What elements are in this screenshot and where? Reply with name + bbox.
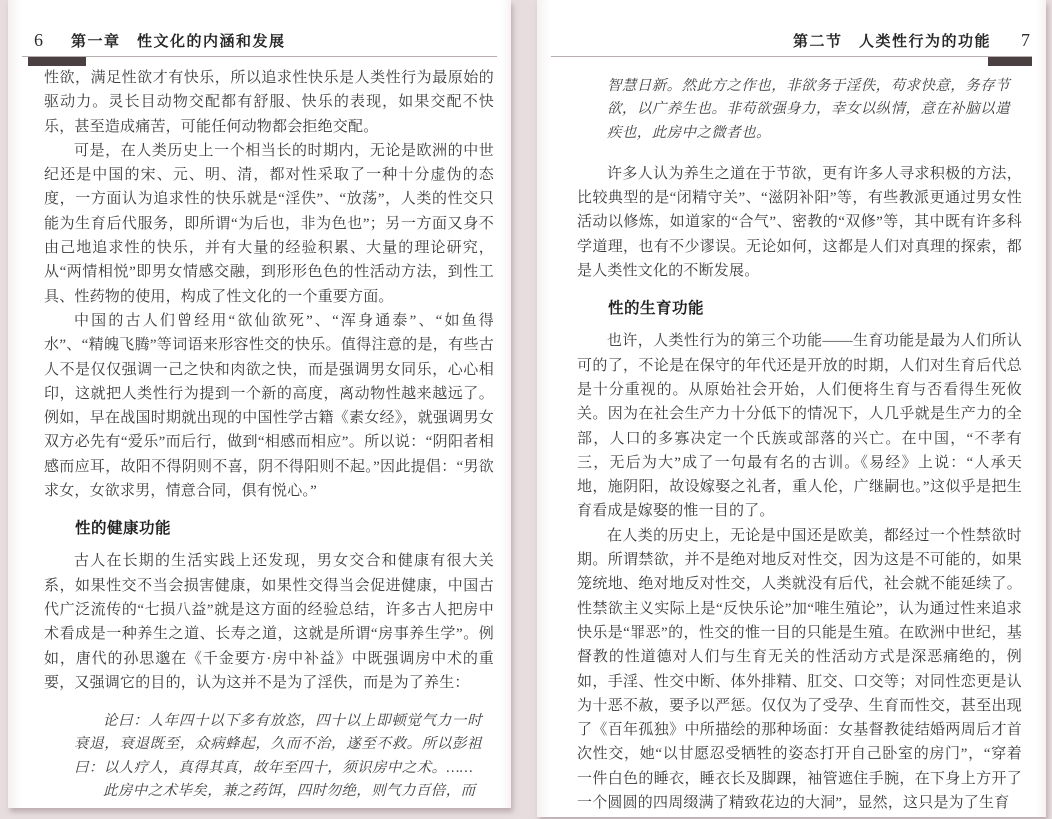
section-heading-health: 性的健康功能 [44, 516, 494, 538]
header-rule-right [551, 56, 1032, 57]
chapter-title: 第一章 性文化的内涵和发展 [71, 30, 286, 51]
page-number-right: 7 [1021, 30, 1030, 51]
book-spread: 6 第一章 性文化的内涵和发展 性欲，满足性欲才有快乐，所以追求性快乐是人类性行… [0, 0, 1052, 819]
paragraph: 中国的古人们曾经用“欲仙欲死”、“浑身通泰”、“如鱼得水”、“精魄飞腾”等词语来… [44, 309, 494, 503]
quote-paragraph: 论曰：人年四十以下多有放恣，四十以上即顿觉气力一时衰退，衰退既至，众病蜂起，久而… [74, 710, 482, 780]
page-left-body: 性欲，满足性欲才有快乐，所以追求性快乐是人类性行为最原始的驱动力。灵长目动物交配… [44, 66, 494, 803]
header-accent-block-left [28, 57, 86, 66]
paragraph: 在人类的历史上，无论是中国还是欧美，都经过一个性禁欲时期。所谓禁欲，并不是绝对地… [577, 524, 1022, 816]
section-heading-reproduction: 性的生育功能 [577, 296, 1022, 318]
paragraph: 性欲，满足性欲才有快乐，所以追求性快乐是人类性行为最原始的驱动力。灵长目动物交配… [44, 66, 494, 139]
quote-paragraph: 智慧日新。然此方之作也，非欲务于淫佚，苟求快意，务存节欲，以广养生也。非苟欲强身… [607, 75, 1010, 145]
page-number-left: 6 [34, 30, 43, 51]
header-rule-left [22, 56, 497, 57]
page-left: 6 第一章 性文化的内涵和发展 性欲，满足性欲才有快乐，所以追求性快乐是人类性行… [8, 0, 511, 808]
page-right-body: 智慧日新。然此方之作也，非欲务于淫佚，苟求快意，务存节欲，以广养生也。非苟欲强身… [577, 62, 1022, 815]
paragraph: 古人在长期的生活实践上还发现，男女交合和健康有很大关系，如果性交不当会损害健康，… [44, 549, 494, 695]
page-right-header: 第二节 人类性行为的功能 7 [563, 30, 1030, 51]
section-title: 第二节 人类性行为的功能 [793, 30, 991, 51]
paragraph: 也许，人类性行为的第三个功能——生育功能是最为人们所认可的了，不论是在保守的年代… [577, 329, 1022, 523]
classical-quote-block: 论曰：人年四十以下多有放恣，四十以上即顿觉气力一时衰退，衰退既至，众病蜂起，久而… [74, 710, 482, 803]
paragraph: 可是，在人类历史上一个相当长的时期内，无论是欧洲的中世纪还是中国的宋、元、明、清… [44, 139, 494, 309]
classical-quote-continuation: 智慧日新。然此方之作也，非欲务于淫佚，苟求快意，务存节欲，以广养生也。非苟欲强身… [607, 75, 1010, 145]
page-right: 第二节 人类性行为的功能 7 智慧日新。然此方之作也，非欲务于淫佚，苟求快意，务… [537, 0, 1046, 817]
page-left-header: 6 第一章 性文化的内涵和发展 [34, 30, 495, 51]
paragraph: 许多人认为养生之道在于节欲，更有许多人寻求积极的方法，比较典型的是“闭精守关”、… [577, 162, 1022, 283]
quote-paragraph: 此房中之术毕矣，兼之药饵，四时勿绝，则气力百倍，而 [74, 780, 482, 803]
